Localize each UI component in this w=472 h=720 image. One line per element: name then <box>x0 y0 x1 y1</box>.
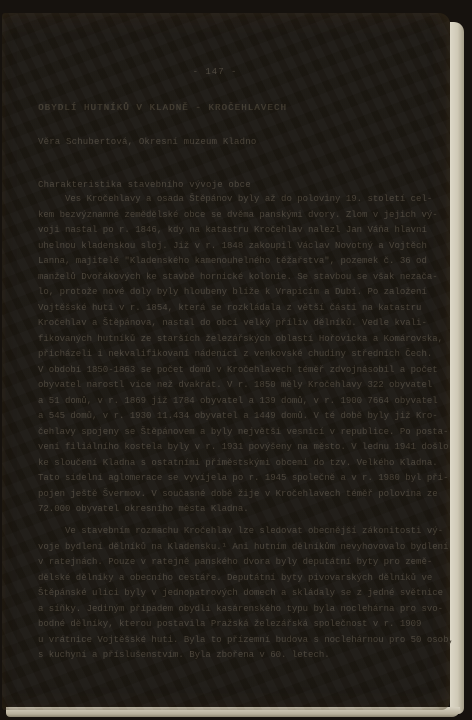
body-paragraph-2: Ve stavebním rozmachu Kročehlav lze sled… <box>38 524 454 664</box>
page-number: - 147 - <box>2 65 450 81</box>
paper-sheet: - 147 - OBYDLÍ HUTNÍKŮ V KLADNĚ - KROČEH… <box>2 13 450 710</box>
author-line: Věra Schubertová, Okresní muzeum Kladno <box>38 135 256 151</box>
body-paragraph-1: Ves Kročehlavy a osada Štěpánov byly až … <box>38 192 448 518</box>
article-title: OBYDLÍ HUTNÍKŮ V KLADNĚ - KROČEHLAVECH <box>38 101 287 117</box>
scanned-book-page: { "colors":{ "scan_background":"#16120e"… <box>0 0 472 720</box>
